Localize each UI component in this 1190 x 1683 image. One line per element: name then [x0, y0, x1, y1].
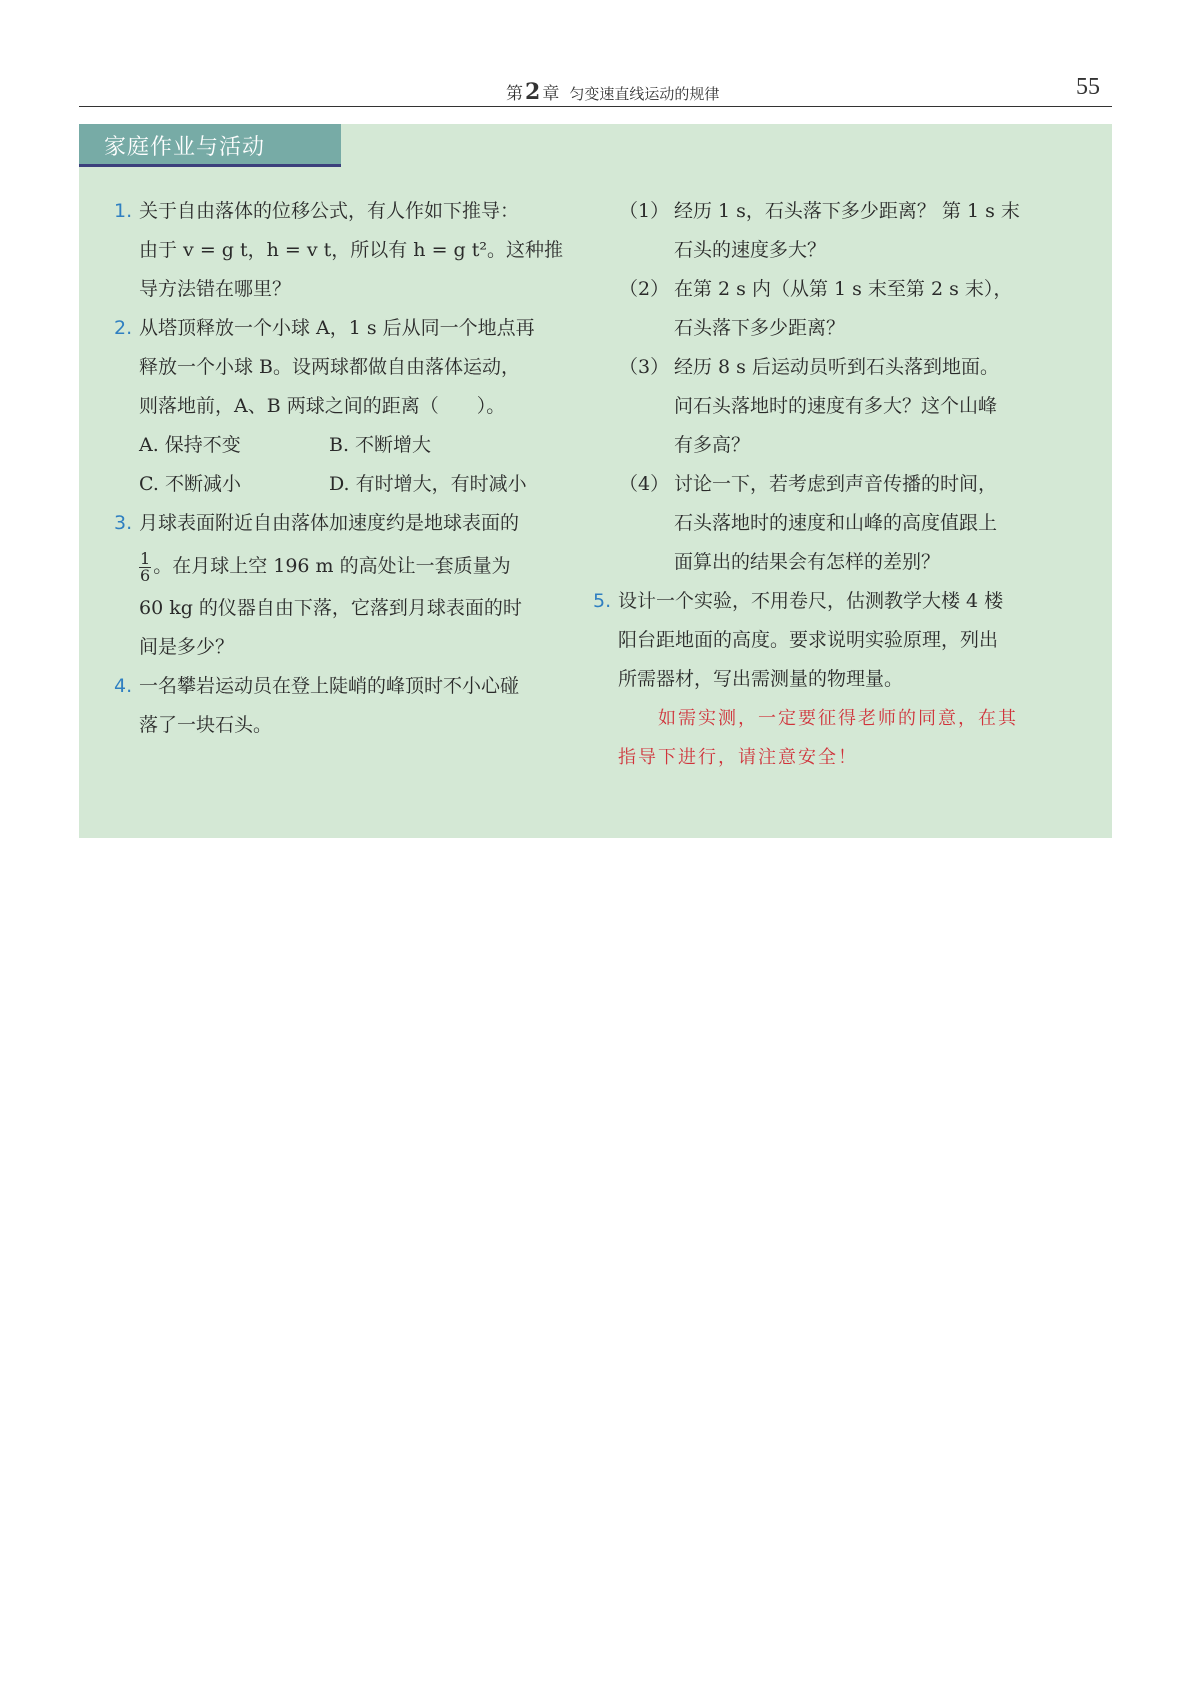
option-a: A. 保持不变 [139, 426, 329, 465]
question-line: 间是多少？ [139, 628, 574, 667]
question-line: 一名攀岩运动员在登上陡峭的峰顶时不小心碰 [139, 667, 574, 706]
subquestion-line: 经历 8 s 后运动员听到石头落到地面。 [674, 348, 1089, 387]
subquestion-line: 有多高？ [674, 426, 1089, 465]
fraction: 16 [139, 551, 151, 584]
question-number: 3. [114, 504, 132, 543]
subquestion-label: （4） [619, 465, 669, 504]
subquestion-line: 石头落地时的速度和山峰的高度值跟上 [674, 504, 1089, 543]
right-column: （1） 经历 1 s，石头落下多少距离？ 第 1 s 末 石头的速度多大？ （2… [619, 192, 1089, 777]
question-line: 阳台距地面的高度。要求说明实验原理，列出 [618, 621, 1089, 660]
question-4: 4. 一名攀岩运动员在登上陡峭的峰顶时不小心碰 落了一块石头。 [114, 667, 574, 745]
subquestion-3: （3） 经历 8 s 后运动员听到石头落到地面。 问石头落地时的速度有多大？这个… [619, 348, 1089, 465]
subquestion-2: （2） 在第 2 s 内（从第 1 s 末至第 2 s 末）， 石头落下多少距离… [619, 270, 1089, 348]
subquestion-4: （4） 讨论一下，若考虑到声音传播的时间， 石头落地时的速度和山峰的高度值跟上 … [619, 465, 1089, 582]
question-2: 2. 从塔顶释放一个小球 A，1 s 后从同一个地点再 释放一个小球 B。设两球… [114, 309, 574, 504]
page-number: 55 [1076, 74, 1100, 101]
subquestion-label: （2） [619, 270, 669, 309]
subquestion-line: 面算出的结果会有怎样的差别？ [674, 543, 1089, 582]
subquestion-line: 讨论一下，若考虑到声音传播的时间， [674, 465, 1089, 504]
question-line: 关于自由落体的位移公式，有人作如下推导： [139, 192, 574, 231]
chapter-title: 匀变速直线运动的规律 [569, 85, 719, 103]
left-column: 1. 关于自由落体的位移公式，有人作如下推导： 由于 v = g t，h = v… [114, 192, 574, 745]
question-line: 月球表面附近自由落体加速度约是地球表面的 [139, 504, 574, 543]
question-line: 设计一个实验，不用卷尺，估测教学大楼 4 楼 [618, 582, 1089, 621]
question-line: 由于 v = g t，h = v t，所以有 h = g t²。这种推 [139, 231, 574, 270]
warning-line-1: 如需实测，一定要征得老师的同意，在其 [618, 699, 1089, 738]
subquestion-line: 在第 2 s 内（从第 1 s 末至第 2 s 末）， [674, 270, 1089, 309]
options-row: A. 保持不变 B. 不断增大 [139, 426, 574, 465]
fraction-denominator: 6 [139, 568, 151, 584]
question-line: 。在月球上空 196 m 的高处让一套质量为 [153, 555, 510, 577]
question-number: 4. [114, 667, 132, 706]
subquestion-label: （1） [619, 192, 669, 231]
question-1: 1. 关于自由落体的位移公式，有人作如下推导： 由于 v = g t，h = v… [114, 192, 574, 309]
chapter-heading: 第2章匀变速直线运动的规律 [506, 79, 719, 105]
section-tab: 家庭作业与活动 [79, 124, 341, 167]
question-line: 释放一个小球 B。设两球都做自由落体运动， [139, 348, 574, 387]
question-line: 则落地前，A、B 两球之间的距离（ ）。 [139, 387, 574, 426]
question-number: 1. [114, 192, 132, 231]
homework-box: 家庭作业与活动 1. 关于自由落体的位移公式，有人作如下推导： 由于 v = g… [79, 124, 1112, 838]
question-number: 2. [114, 309, 132, 348]
subquestion-line: 石头的速度多大？ [674, 231, 1089, 270]
subquestion-line: 石头落下多少距离？ [674, 309, 1089, 348]
option-c: C. 不断减小 [139, 465, 329, 504]
option-b: B. 不断增大 [329, 426, 519, 465]
section-title: 家庭作业与活动 [104, 130, 265, 161]
question-number: 5. [593, 582, 611, 621]
subquestion-line: 经历 1 s，石头落下多少距离？ 第 1 s 末 [674, 192, 1089, 231]
options-row: C. 不断减小 D. 有时增大，有时减小 [139, 465, 574, 504]
safety-warning: 如需实测，一定要征得老师的同意，在其 指导下进行，请注意安全！ [593, 699, 1089, 777]
fraction-numerator: 1 [139, 551, 151, 568]
question-line: 60 kg 的仪器自由下落，它落到月球表面的时 [139, 589, 574, 628]
question-line-with-fraction: 16。在月球上空 196 m 的高处让一套质量为 [139, 543, 574, 589]
warning-text: 如需实测，一定要征得老师的同意，在其 [658, 708, 1018, 729]
question-line: 导方法错在哪里？ [139, 270, 574, 309]
page-header: 第2章匀变速直线运动的规律 55 [79, 70, 1112, 107]
chapter-prefix: 第 [506, 84, 523, 104]
chapter-suffix: 章 [542, 84, 559, 104]
subquestion-label: （3） [619, 348, 669, 387]
question-line: 落了一块石头。 [139, 706, 574, 745]
question-3: 3. 月球表面附近自由落体加速度约是地球表面的 16。在月球上空 196 m 的… [114, 504, 574, 667]
subquestion-line: 问石头落地时的速度有多大？这个山峰 [674, 387, 1089, 426]
warning-line-2: 指导下进行，请注意安全！ [618, 738, 1089, 777]
question-line: 从塔顶释放一个小球 A，1 s 后从同一个地点再 [139, 309, 574, 348]
option-d: D. 有时增大，有时减小 [329, 465, 519, 504]
chapter-number: 2 [525, 79, 540, 105]
question-5: 5. 设计一个实验，不用卷尺，估测教学大楼 4 楼 阳台距地面的高度。要求说明实… [593, 582, 1089, 699]
subquestion-1: （1） 经历 1 s，石头落下多少距离？ 第 1 s 末 石头的速度多大？ [619, 192, 1089, 270]
question-line: 所需器材，写出需测量的物理量。 [618, 660, 1089, 699]
